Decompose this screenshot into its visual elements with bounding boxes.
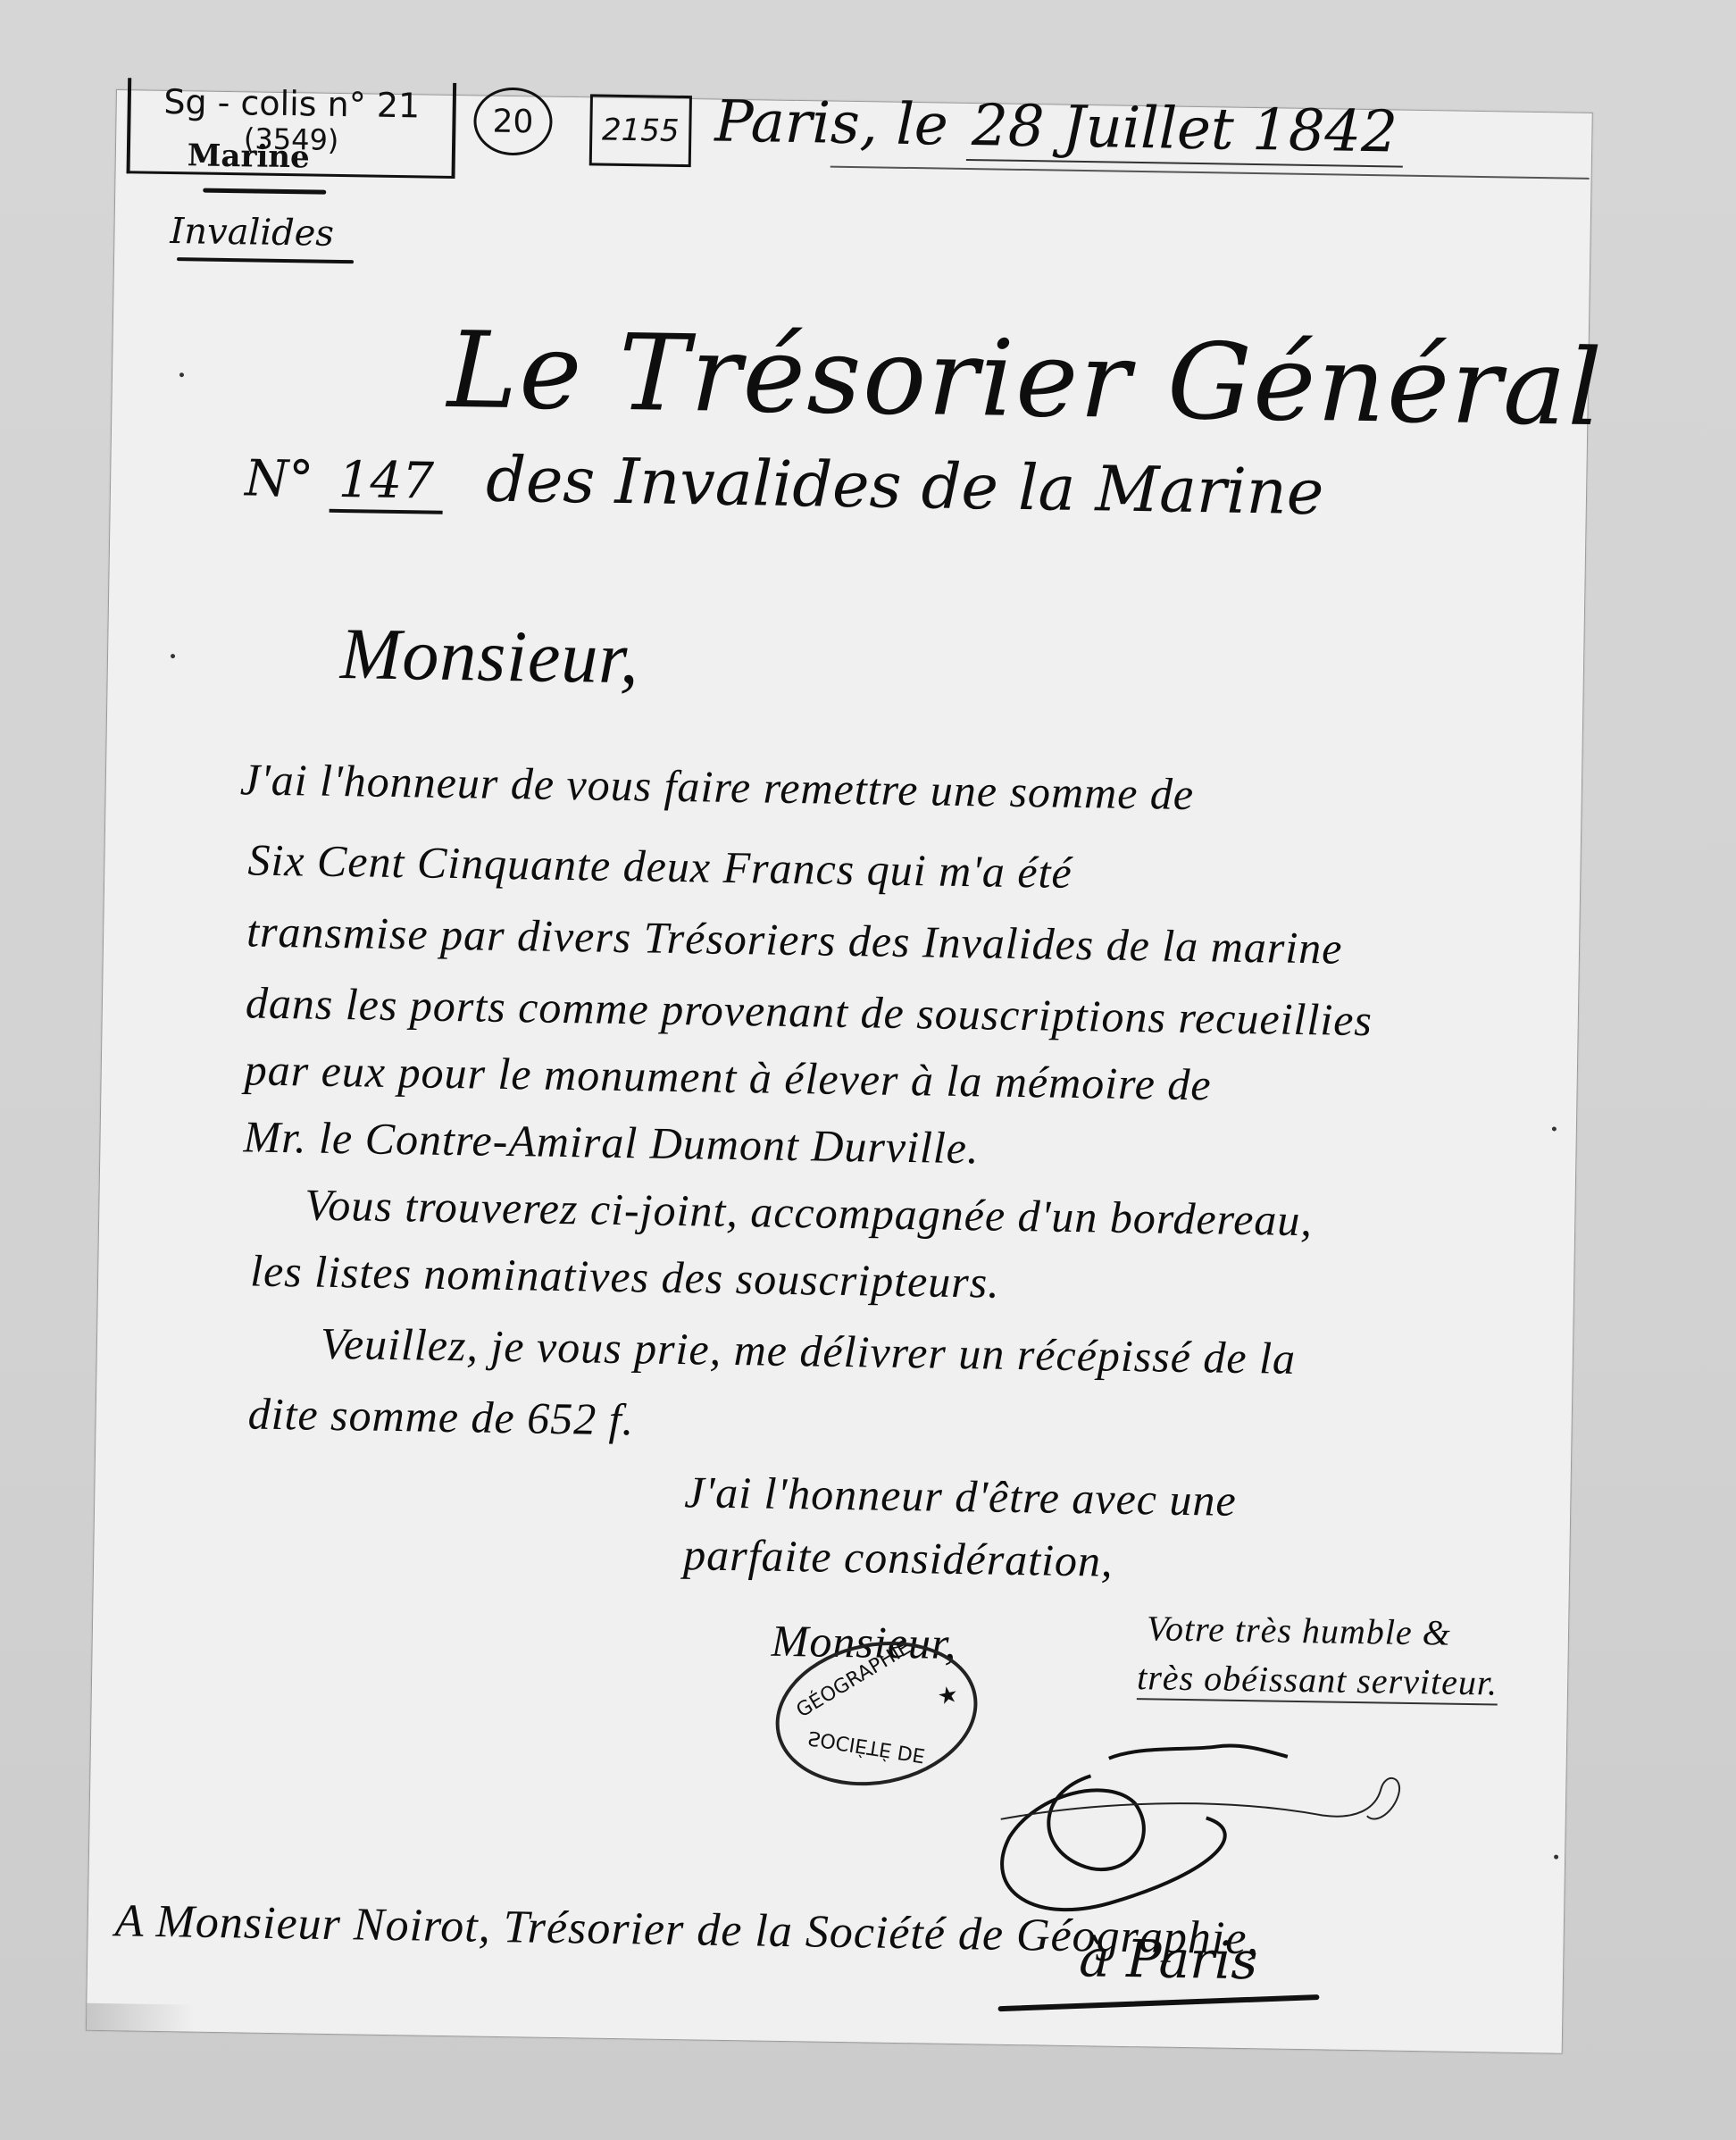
body-line: dans les ports comme provenant de souscr… xyxy=(246,976,1373,1046)
valediction-line: très obéissant serviteur. xyxy=(1137,1656,1498,1705)
letterhead-subtitle: des Invalides de la Marine xyxy=(486,443,1324,530)
dateline-place: Paris, le xyxy=(714,89,948,159)
recipient-underline xyxy=(998,1994,1320,2011)
divider xyxy=(203,188,326,195)
dateline: Paris, le 28 Juillet 1842 xyxy=(714,89,1404,166)
paper-smudge xyxy=(87,2003,194,2032)
salutation: Monsieur, xyxy=(339,612,639,700)
body-line: Mr. le Contre-Amiral Dumont Durville. xyxy=(243,1110,980,1174)
ink-speck xyxy=(1554,1855,1558,1860)
circled-folio-number: 20 xyxy=(473,87,553,155)
letter-number: N° 147 xyxy=(245,449,444,510)
dateline-rule xyxy=(830,166,1590,180)
signature-flourish xyxy=(981,1720,1413,1924)
letterhead-title: Le Trésorier Général xyxy=(447,308,1605,449)
body-line: J'ai l'honneur de vous faire remettre un… xyxy=(239,753,1194,820)
letter-page: Sg - colis n° 21 (3549) 20 2155 Paris, l… xyxy=(86,89,1593,2054)
body-line: Vous trouverez ci-joint, accompagnée d'u… xyxy=(305,1178,1313,1246)
division-label: Invalides xyxy=(170,211,334,255)
letter-number-prefix: N° xyxy=(245,449,314,508)
body-line: transmise par divers Trésoriers des Inva… xyxy=(246,905,1343,974)
recipient-city: à Paris xyxy=(1079,1927,1258,1991)
ink-speck xyxy=(1552,1126,1557,1131)
ink-speck xyxy=(179,372,184,377)
valediction-line: Votre très humble & xyxy=(1147,1607,1452,1653)
closing-line: parfaite considération, xyxy=(683,1528,1114,1587)
closing-line: J'ai l'honneur d'être avec une xyxy=(684,1466,1237,1526)
dateline-date: 28 Juillet 1842 xyxy=(965,93,1403,168)
boxed-reference-number: 2155 xyxy=(589,94,692,167)
body-line: Veuillez, je vous prie, me délivrer un r… xyxy=(321,1317,1297,1384)
department-label: Marine xyxy=(188,138,310,175)
stamp-text-bottom: SOCIÉTÉ DE xyxy=(806,1726,926,1766)
dateline-day: 28 xyxy=(972,93,1046,160)
body-line: Six Cent Cinquante deux Francs qui m'a é… xyxy=(247,833,1072,898)
body-line: par eux pour le monument à élever à la m… xyxy=(244,1043,1212,1110)
star-icon: ★ xyxy=(935,1681,961,1711)
letter-number-value: 147 xyxy=(329,451,443,514)
body-line: les listes nominatives des souscripteurs… xyxy=(250,1245,1000,1308)
archive-reference-line1: Sg - colis n° 21 xyxy=(130,83,453,124)
body-line: dite somme de 652 f. xyxy=(247,1388,634,1446)
dateline-year: 1842 xyxy=(1251,97,1398,166)
divider xyxy=(177,257,354,263)
dateline-month: Juillet xyxy=(1062,95,1234,163)
ink-speck xyxy=(171,654,175,658)
